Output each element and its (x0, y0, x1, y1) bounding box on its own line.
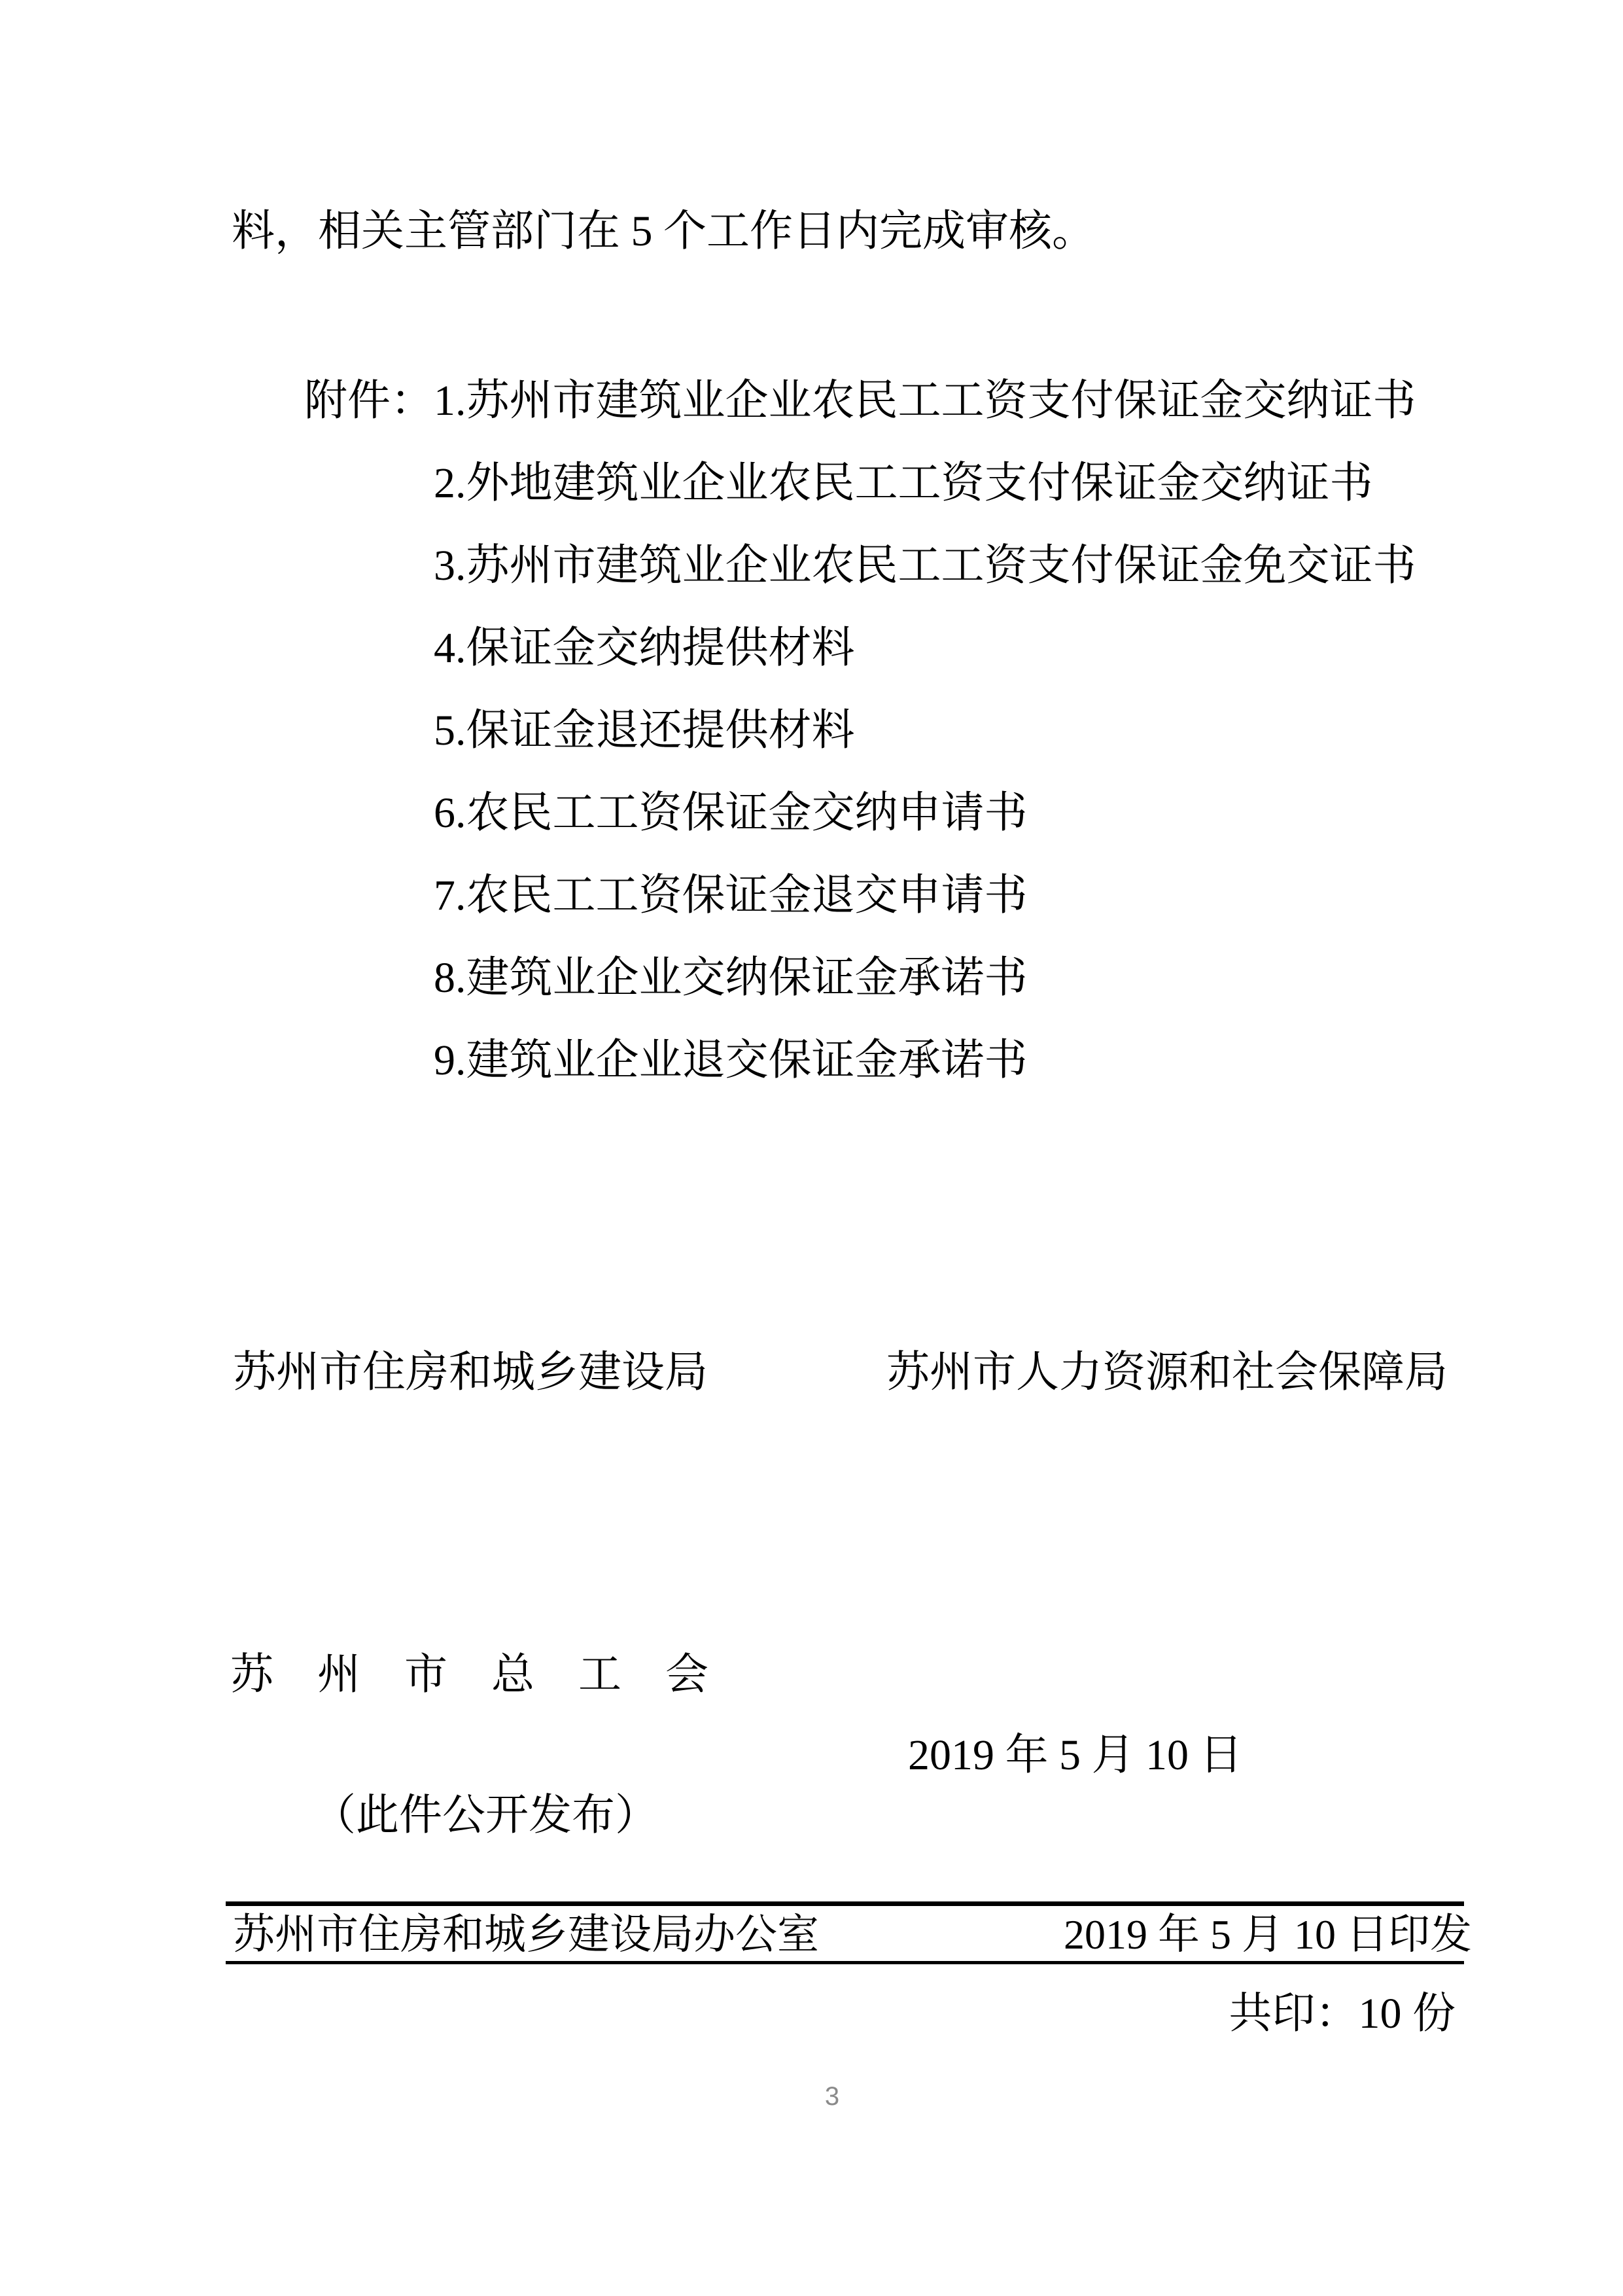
attachment-item: 2.外地建筑业企业农民工工资支付保证金交纳证书 (434, 460, 1373, 508)
page-number: 3 (818, 2082, 846, 2111)
issuer-housing-bureau: 苏州市住房和城乡建设局 (233, 1349, 708, 1397)
attachment-item: 7.农民工工资保证金退交申请书 (434, 872, 1028, 920)
footer-row: 苏州市住房和城乡建设局办公室 2019 年 5 月 10 日印发 (233, 1912, 1472, 1958)
attachment-line: 2.外地建筑业企业农民工工资支付保证金交纳证书 (304, 442, 1416, 525)
attachment-item: 1.苏州市建筑业企业农民工工资支付保证金交纳证书 (434, 378, 1416, 425)
attachment-line: 5.保证金退还提供材料 (304, 690, 1416, 772)
footer-divider-bottom (226, 1961, 1464, 1964)
attachment-item: 9.建筑业企业退交保证金承诺书 (434, 1037, 1028, 1085)
issuer-federation-of-trade-unions: 苏州市总工会 (230, 1651, 752, 1699)
attachment-item: 3.苏州市建筑业企业农民工工资支付保证金免交证书 (434, 542, 1416, 590)
attachment-list: 附件：1.苏州市建筑业企业农民工工资支付保证金交纳证书 2.外地建筑业企业农民工… (304, 360, 1416, 1102)
attachment-line: 附件：1.苏州市建筑业企业农民工工资支付保证金交纳证书 (304, 360, 1416, 442)
footer-print-date: 2019 年 5 月 10 日印发 (1064, 1912, 1472, 1958)
attachment-line: 8.建筑业企业交纳保证金承诺书 (304, 937, 1416, 1019)
attachment-line: 6.农民工工资保证金交纳申请书 (304, 772, 1416, 855)
issue-date: 2019 年 5 月 10 日 (908, 1732, 1243, 1780)
attachment-item: 8.建筑业企业交纳保证金承诺书 (434, 955, 1028, 1002)
public-release-note: （此件公开发布） (313, 1792, 658, 1840)
attachment-line: 4.保证金交纳提供材料 (304, 607, 1416, 690)
attachment-line: 3.苏州市建筑业企业农民工工资支付保证金免交证书 (304, 525, 1416, 607)
footer-office: 苏州市住房和城乡建设局办公室 (233, 1912, 819, 1958)
paragraph-line: 料，相关主管部门在 5 个工作日内完成审核。 (232, 208, 1095, 256)
footer-divider-top (226, 1901, 1464, 1906)
footer-copies: 共印：10 份 (233, 1990, 1456, 2038)
attachment-line: 7.农民工工资保证金退交申请书 (304, 855, 1416, 937)
attachment-item: 4.保证金交纳提供材料 (434, 625, 855, 673)
attachment-item: 5.保证金退还提供材料 (434, 707, 855, 755)
issuer-hr-social-security-bureau: 苏州市人力资源和社会保障局 (886, 1349, 1448, 1397)
document-page: 料，相关主管部门在 5 个工作日内完成审核。 附件：1.苏州市建筑业企业农民工工… (0, 0, 1623, 2296)
attachment-line: 9.建筑业企业退交保证金承诺书 (304, 1019, 1416, 1102)
attachment-item: 6.农民工工资保证金交纳申请书 (434, 790, 1028, 838)
attachment-label: 附件： (304, 378, 434, 425)
